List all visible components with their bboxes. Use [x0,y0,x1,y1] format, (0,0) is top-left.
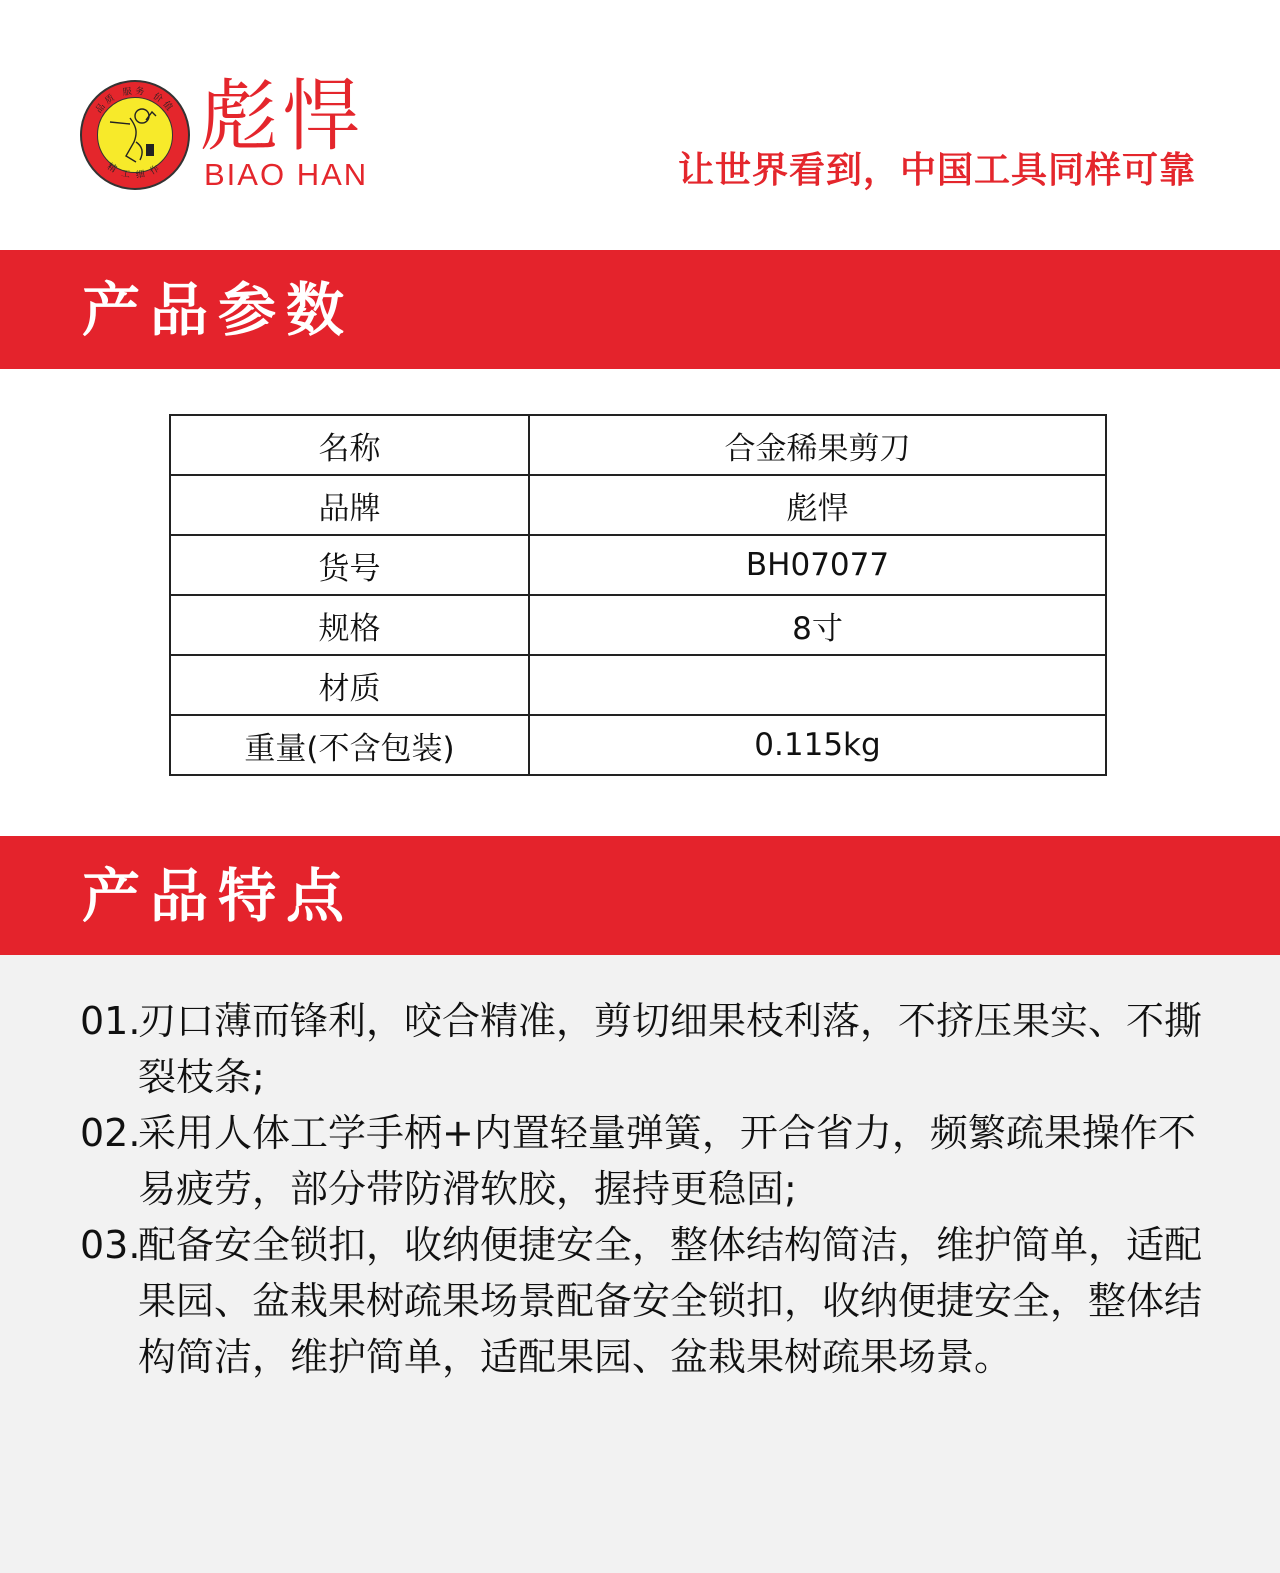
spec-value [529,655,1106,715]
feature-text: 配备安全锁扣，收纳便捷安全，整体结构简洁，维护简单，适配果园、盆栽果树疏果场景配… [138,1223,1202,1379]
feature-number: 02. [80,1105,140,1161]
params-section: 名称 合金稀果剪刀 品牌 彪悍 货号 BH07077 规格 8寸 材质 重量(不… [0,369,1280,836]
table-row: 材质 [170,655,1106,715]
table-row: 品牌 彪悍 [170,475,1106,535]
logo-emblem-icon: 品质 服务 价值 精工细作 [80,80,190,190]
svg-text:精工细作: 精工细作 [105,160,165,181]
spec-value: 合金稀果剪刀 [529,415,1106,475]
brand-name-chinese: 彪悍 [200,74,364,160]
params-section-banner: 产品参数 [0,250,1280,369]
feature-item: 02. 采用人体工学手柄+内置轻量弹簧，开合省力，频繁疏果操作不易疲劳，部分带防… [80,1105,1220,1217]
features-section-title: 产品特点 [82,864,354,928]
spec-key: 重量(不含包装) [170,715,529,775]
svg-text:品质 服务 价值: 品质 服务 价值 [93,85,177,116]
page-header: 品质 服务 价值 精工细作 彪悍 BIAO HAN 让世界看到，中国工具同样可靠 [0,0,1280,250]
features-section-banner: 产品特点 [0,836,1280,955]
feature-text: 采用人体工学手柄+内置轻量弹簧，开合省力，频繁疏果操作不易疲劳，部分带防滑软胶，… [138,1111,1196,1211]
spec-value: 0.115kg [529,715,1106,775]
spec-value: 8寸 [529,595,1106,655]
feature-item: 01. 刃口薄而锋利，咬合精准，剪切细果枝利落，不挤压果实、不撕裂枝条; [80,993,1220,1105]
spec-value: BH07077 [529,535,1106,595]
table-row: 重量(不含包装) 0.115kg [170,715,1106,775]
features-section: 01. 刃口薄而锋利，咬合精准，剪切细果枝利落，不挤压果实、不撕裂枝条; 02.… [0,955,1280,1573]
table-row: 规格 8寸 [170,595,1106,655]
spec-key: 材质 [170,655,529,715]
brand-slogan: 让世界看到，中国工具同样可靠 [678,150,1196,192]
feature-number: 03. [80,1217,140,1273]
feature-number: 01. [80,993,140,1049]
spec-key: 品牌 [170,475,529,535]
spec-value: 彪悍 [529,475,1106,535]
brand-name-english: BIAO HAN [204,158,368,192]
spec-key: 规格 [170,595,529,655]
feature-text: 刃口薄而锋利，咬合精准，剪切细果枝利落，不挤压果实、不撕裂枝条; [138,999,1202,1099]
table-row: 名称 合金稀果剪刀 [170,415,1106,475]
spec-table: 名称 合金稀果剪刀 品牌 彪悍 货号 BH07077 规格 8寸 材质 重量(不… [169,414,1107,776]
spec-key: 名称 [170,415,529,475]
feature-item: 03. 配备安全锁扣，收纳便捷安全，整体结构简洁，维护简单，适配果园、盆栽果树疏… [80,1217,1220,1385]
feature-list: 01. 刃口薄而锋利，咬合精准，剪切细果枝利落，不挤压果实、不撕裂枝条; 02.… [80,993,1220,1385]
brand-logo: 品质 服务 价值 精工细作 [80,80,190,190]
spec-key: 货号 [170,535,529,595]
params-section-title: 产品参数 [82,278,354,342]
table-row: 货号 BH07077 [170,535,1106,595]
